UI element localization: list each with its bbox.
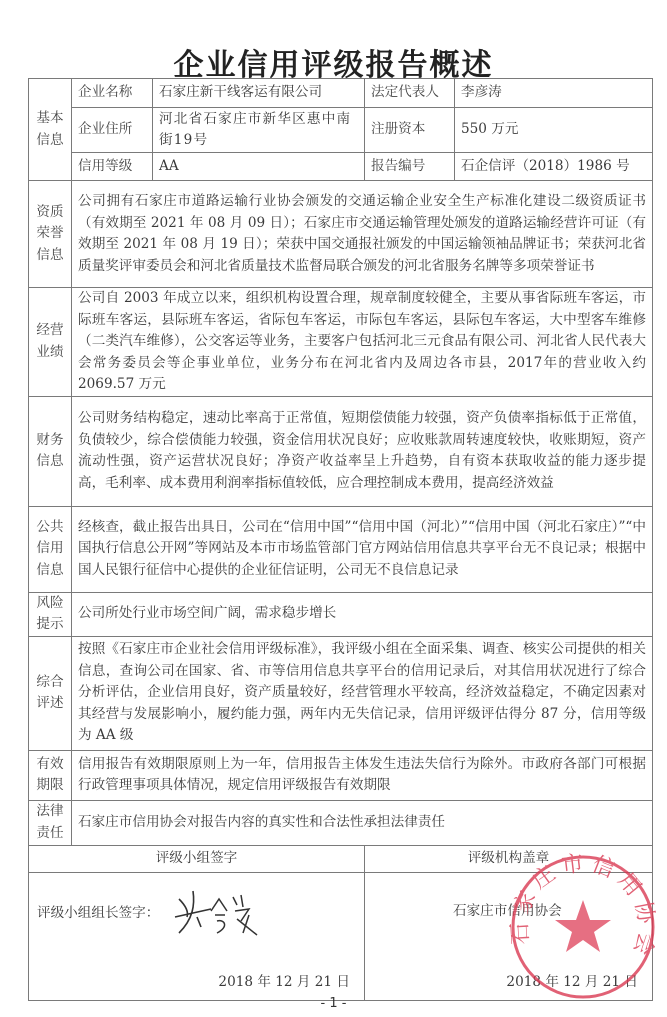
team-signature-header: 评级小组签字	[29, 845, 365, 872]
credit-grade-label: 信用等级	[72, 153, 153, 181]
address-label: 企业住所	[72, 108, 153, 153]
summary-text: 按照《石家庄市企业社会信用评级标准》，我评级小组在全面采集、调查、核实公司提供的…	[72, 636, 653, 750]
category-legal: 法律责任	[29, 800, 72, 845]
category-basic-info: 基本信息	[29, 79, 72, 181]
leader-signature-label: 评级小组组长签字：	[37, 903, 159, 925]
official-seal-icon: 石家庄市信用协会	[508, 852, 658, 1002]
category-summary: 综合评述	[29, 636, 72, 750]
validity-text: 信用报告有效期限原则上为一年，信用报告主体发生违法失信行为除外。市政府各部门可根…	[72, 750, 653, 800]
finance-text: 公司财务结构稳定，速动比率高于正常值，短期偿债能力较强，资产负债率指标低于正常值…	[72, 396, 653, 506]
team-signature-date: 2018 年 12 月 21 日	[218, 972, 350, 994]
team-signature-cell: 评级小组组长签字： 2018 年 12 月 21 日	[29, 872, 365, 1000]
category-performance: 经营业绩	[29, 288, 72, 397]
category-qualification: 资质荣誉信息	[29, 181, 72, 288]
company-name-label: 企业名称	[72, 79, 153, 108]
address-value: 河北省石家庄市新华区惠中南街19号	[153, 108, 365, 153]
category-public-credit: 公共信用信息	[29, 506, 72, 592]
qualification-text: 公司拥有石家庄市道路运输行业协会颁发的交通运输企业安全生产标准化建设二级资质证书…	[72, 181, 653, 288]
public-credit-text: 经核查，截止报告出具日，公司在“信用中国”“信用中国（河北）”“信用中国（河北石…	[72, 506, 653, 592]
performance-text: 公司自 2003 年成立以来，组织机构设置合理，规章制度较健全，主要从事省际班车…	[72, 288, 653, 397]
report-no-label: 报告编号	[365, 153, 455, 181]
company-name-value: 石家庄新干线客运有限公司	[153, 79, 365, 108]
legal-rep-label: 法定代表人	[365, 79, 455, 108]
handwritten-signature-icon	[171, 887, 266, 939]
capital-value: 550 万元	[455, 108, 653, 153]
legal-text: 石家庄市信用协会对报告内容的真实性和合法性承担法律责任	[72, 800, 653, 845]
category-risk: 风险提示	[29, 592, 72, 636]
category-finance: 财务信息	[29, 396, 72, 506]
capital-label: 注册资本	[365, 108, 455, 153]
risk-text: 公司所处行业市场空间广阔，需求稳步增长	[72, 592, 653, 636]
category-validity: 有效期限	[29, 750, 72, 800]
credit-grade-value: AA	[153, 153, 365, 181]
page-number: - 1 -	[0, 996, 667, 1011]
report-no-value: 石企信评（2018）1986 号	[455, 153, 653, 181]
legal-rep-value: 李彦涛	[455, 79, 653, 108]
